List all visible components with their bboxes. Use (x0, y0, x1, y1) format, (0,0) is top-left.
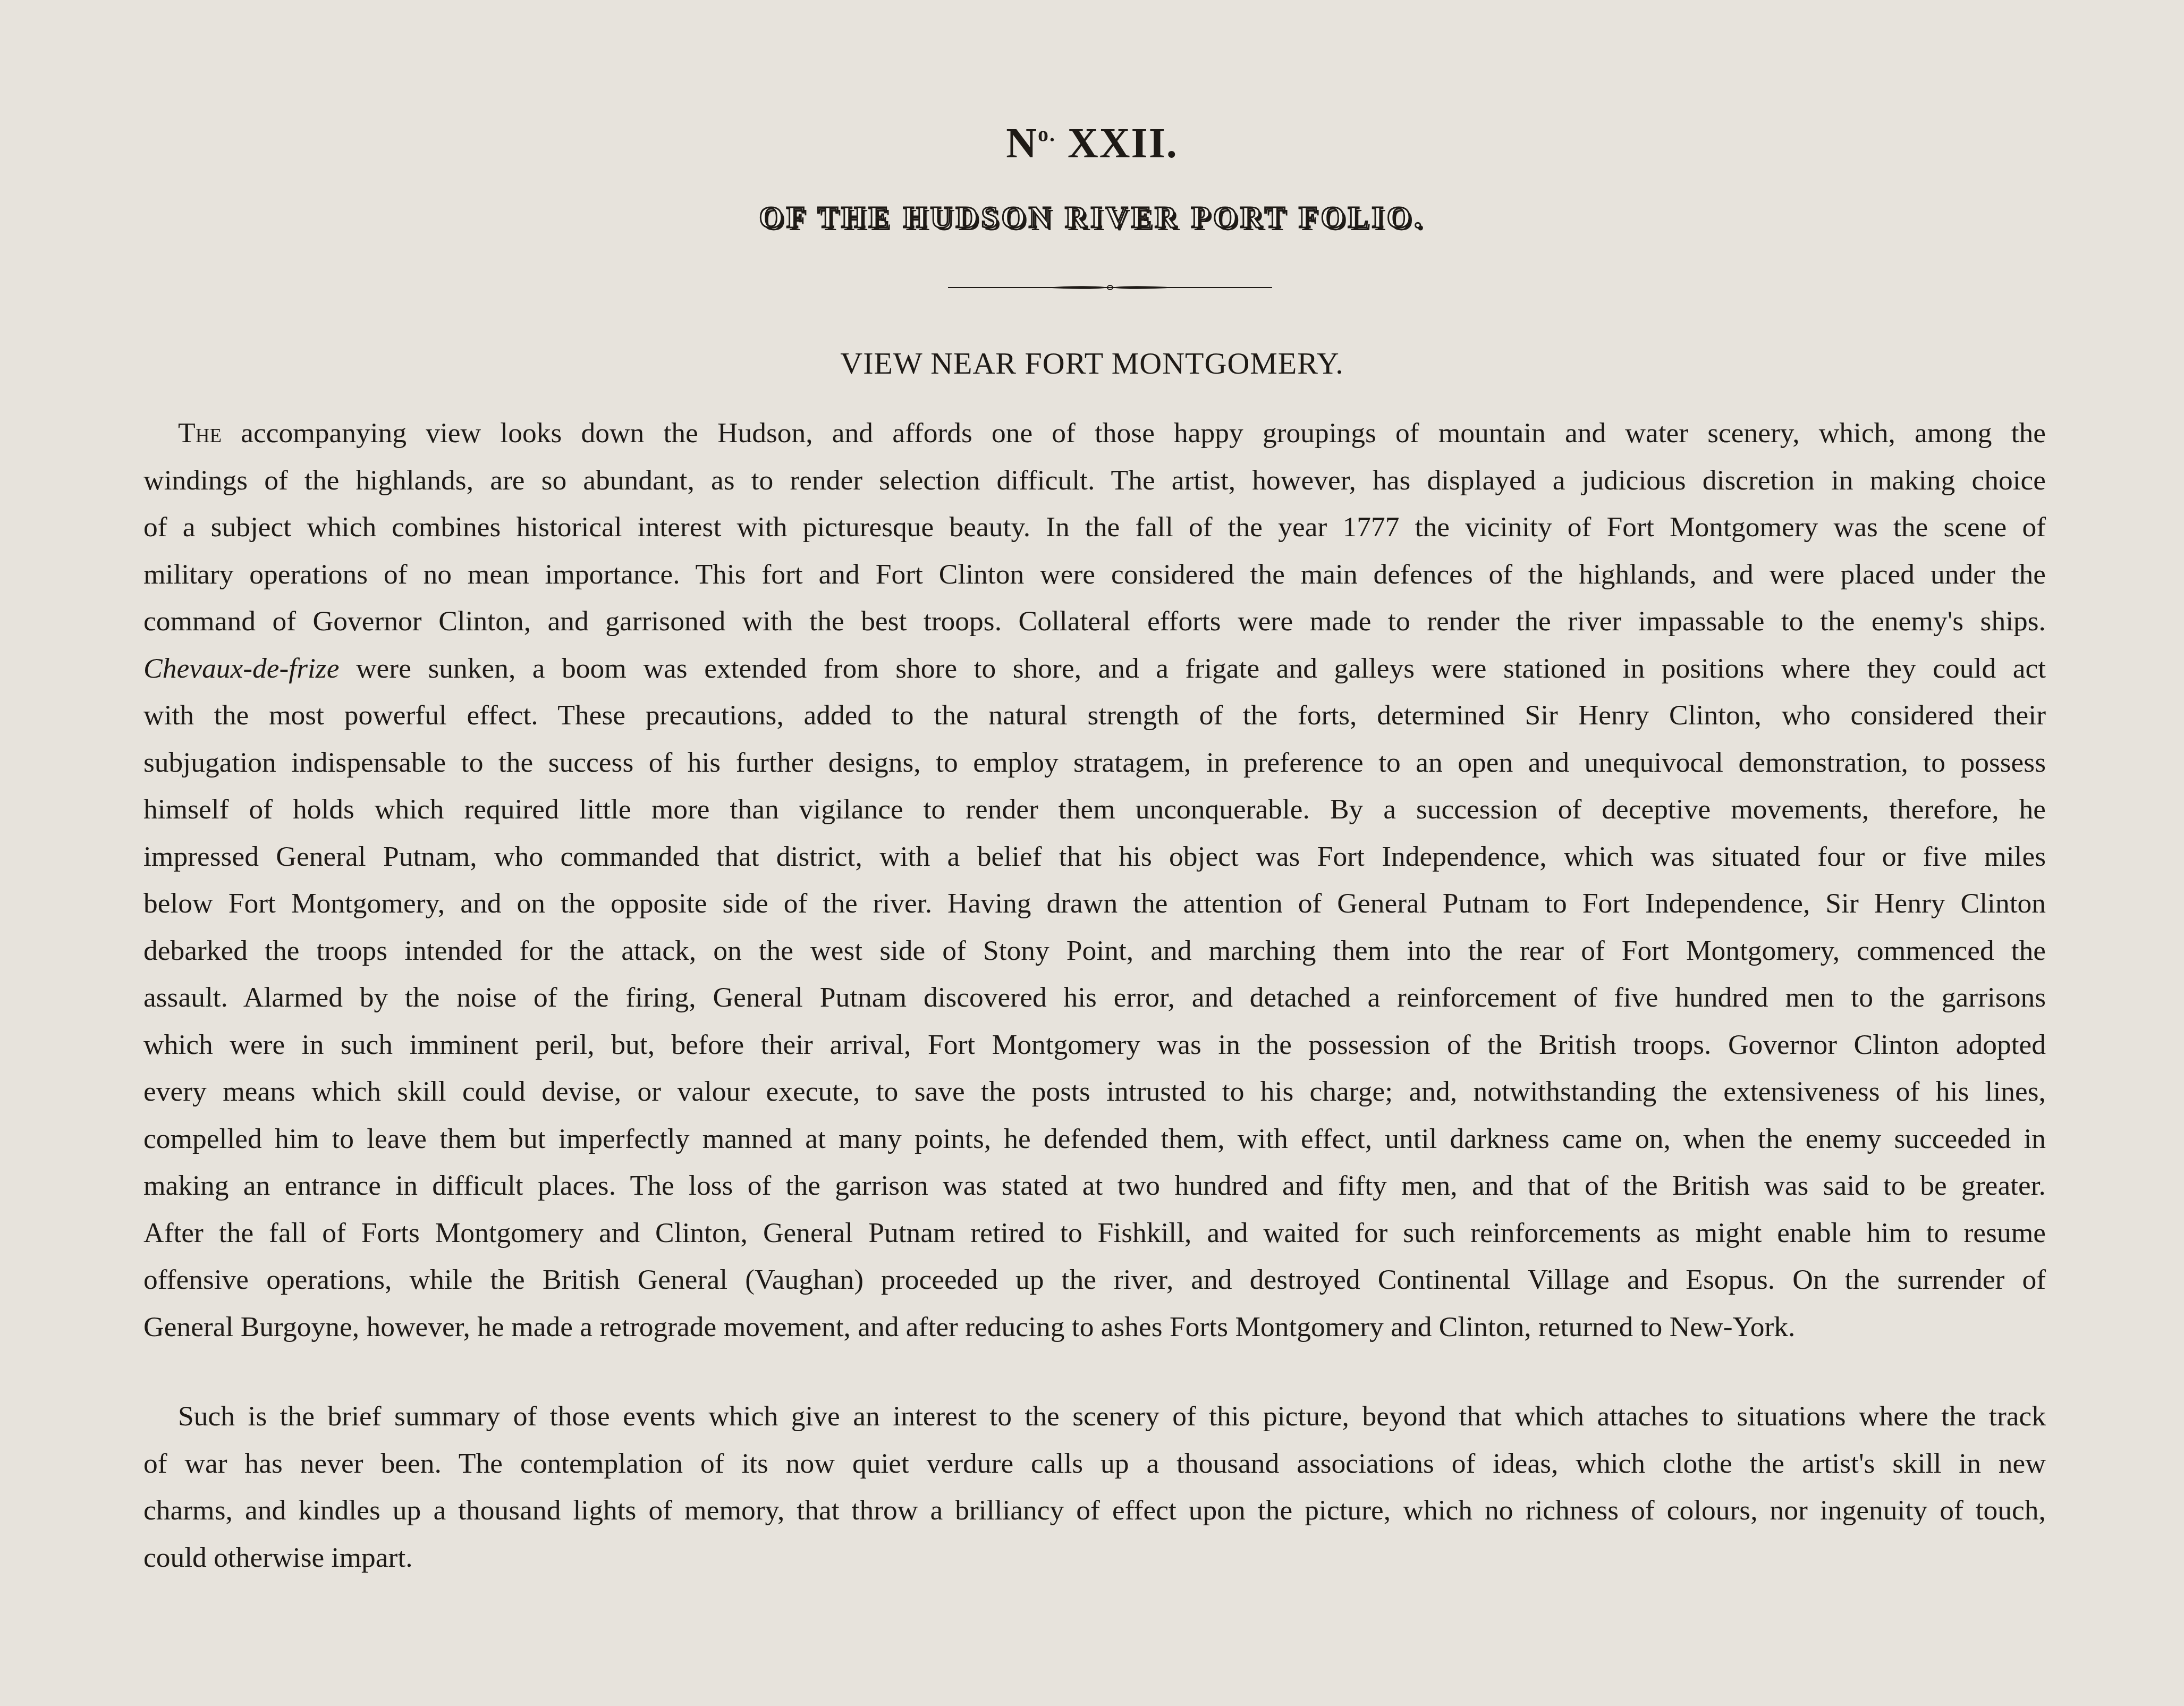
text-line: subjugation indispensable to the success… (143, 739, 2046, 786)
text-line: debarked the troops intended for the att… (143, 927, 2046, 974)
text-line: impressed General Putnam, who commanded … (143, 833, 2046, 880)
text-line: with the most powerful effect. These pre… (143, 691, 2046, 739)
ornamental-rule-icon (948, 285, 1272, 290)
article-title: VIEW NEAR FORT MONTGOMERY. (0, 345, 2184, 381)
paragraph-1: The accompanying view looks down the Hud… (143, 409, 2046, 1350)
text-line: windings of the highlands, are so abunda… (143, 457, 2046, 504)
document-page: No. XXII. OF THE HUDSON RIVER PORT FOLIO… (0, 0, 2184, 1706)
italic-phrase: Chevaux-de-frize (143, 652, 339, 684)
text-line: After the fall of Forts Montgomery and C… (143, 1209, 2046, 1256)
number-value: XXII. (1068, 120, 1178, 167)
line-text: accompanying view looks down the Hudson,… (222, 417, 2046, 449)
line-text: were sunken, a boom was extended from sh… (339, 652, 2046, 684)
plate-number: No. XXII. (0, 120, 2184, 168)
number-prefix: N (1006, 120, 1038, 167)
series-subtitle: OF THE HUDSON RIVER PORT FOLIO. (0, 199, 2184, 235)
text-line: military operations of no mean importanc… (143, 551, 2046, 598)
text-line: could otherwise impart. (143, 1534, 2046, 1581)
number-superscript: o. (1038, 122, 1056, 146)
text-line: The accompanying view looks down the Hud… (143, 409, 2046, 457)
text-line: assault. Alarmed by the noise of the fir… (143, 974, 2046, 1021)
paragraph-2: Such is the brief summary of those event… (143, 1392, 2046, 1581)
text-line: compelled him to leave them but imperfec… (143, 1115, 2046, 1162)
text-line: General Burgoyne, however, he made a ret… (143, 1303, 2046, 1350)
text-line: Chevaux-de-frize were sunken, a boom was… (143, 645, 2046, 692)
text-line: charms, and kindles up a thousand lights… (143, 1487, 2046, 1534)
text-line: below Fort Montgomery, and on the opposi… (143, 880, 2046, 927)
text-line: which were in such imminent peril, but, … (143, 1021, 2046, 1068)
text-line: every means which skill could devise, or… (143, 1068, 2046, 1115)
text-line: command of Governor Clinton, and garriso… (143, 597, 2046, 645)
text-line: of a subject which combines historical i… (143, 503, 2046, 551)
text-line: making an entrance in difficult places. … (143, 1162, 2046, 1209)
text-line: Such is the brief summary of those event… (143, 1392, 2046, 1440)
text-line: of war has never been. The contemplation… (143, 1440, 2046, 1487)
text-line: offensive operations, while the British … (143, 1256, 2046, 1303)
lead-word: The (178, 417, 222, 449)
text-line: himself of holds which required little m… (143, 786, 2046, 833)
